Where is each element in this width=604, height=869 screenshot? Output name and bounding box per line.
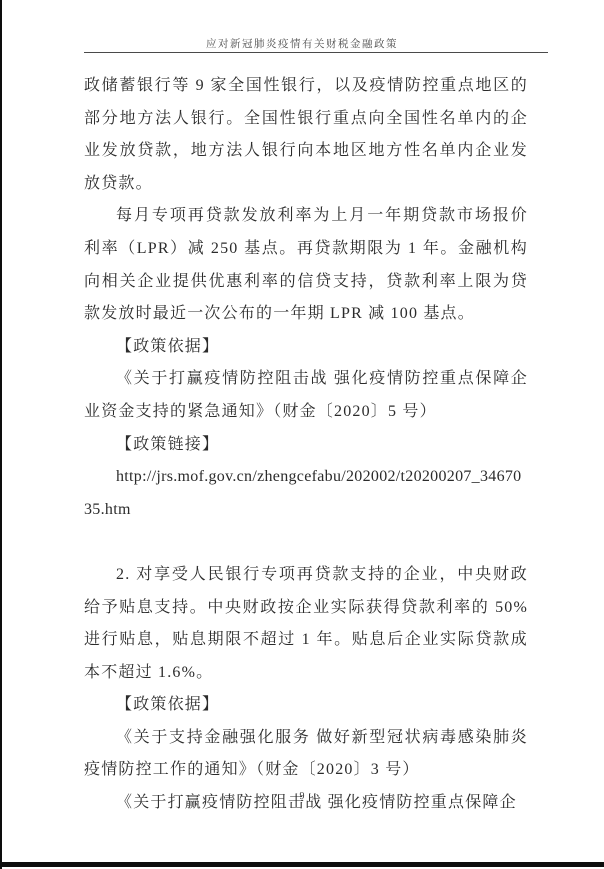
scan-edge-left xyxy=(0,0,2,869)
paragraph: http://jrs.mof.gov.cn/zhengcefabu/202002… xyxy=(84,461,528,526)
paragraph: 政储蓄银行等 9 家全国性银行，以及疫情防控重点地区的部分地方法人银行。全国性银… xyxy=(84,70,528,200)
paragraph: 《关于打赢疫情防控阻击战 强化疫情防控重点保障企业资金支持的紧急通知》（财金〔2… xyxy=(84,363,528,428)
document-page: 应对新冠肺炎疫情有关财税金融政策 政储蓄银行等 9 家全国性银行，以及疫情防控重… xyxy=(0,0,604,869)
paragraph: 【政策依据】 xyxy=(84,331,528,364)
paragraph: 【政策依据】 xyxy=(84,689,528,722)
paragraph: 每月专项再贷款发放利率为上月一年期贷款市场报价利率（LPR）减 250 基点。再… xyxy=(84,200,528,330)
scan-edge-bottom xyxy=(0,862,604,867)
document-body: 政储蓄银行等 9 家全国性银行，以及疫情防控重点地区的部分地方法人银行。全国性银… xyxy=(84,70,528,820)
page-number: 9 xyxy=(0,791,604,802)
paragraph: 【政策链接】 xyxy=(84,429,528,462)
header-rule xyxy=(84,52,548,53)
running-header-title: 应对新冠肺炎疫情有关财税金融政策 xyxy=(0,36,604,51)
paragraph: 2. 对享受人民银行专项再贷款支持的企业，中央财政给予贴息支持。中央财政按企业实… xyxy=(84,559,528,689)
paragraph: 《关于支持金融强化服务 做好新型冠状病毒感染肺炎疫情防控工作的通知》（财金〔20… xyxy=(84,722,528,787)
paragraph-spacer xyxy=(84,526,528,559)
